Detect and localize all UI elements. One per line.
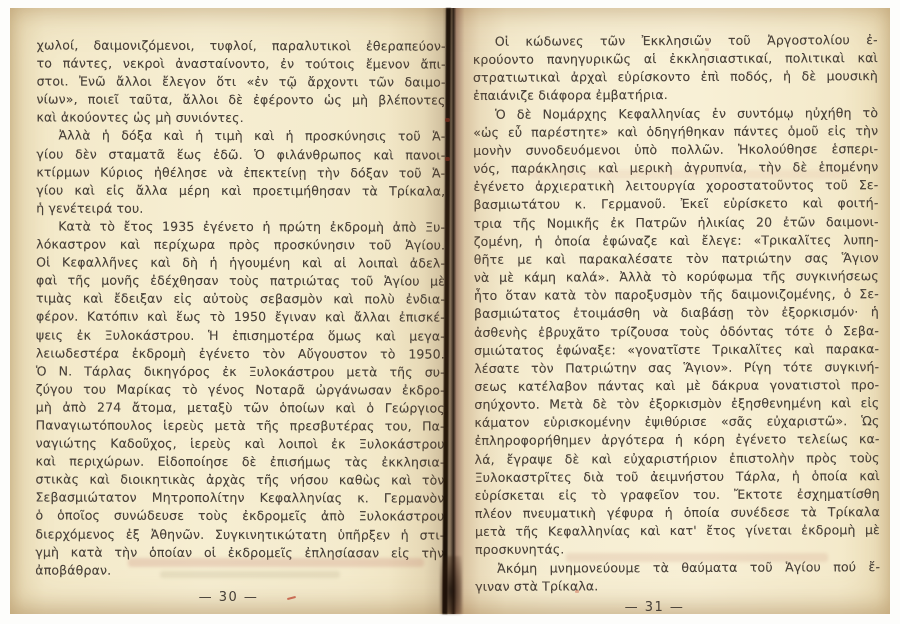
text-line: κρούοντο πανηγυρικῶς αἱ ἐκκλησιαστικαί, … <box>473 49 878 69</box>
ink-speck <box>705 48 709 51</box>
text-line: σμιώτατος ἐφώναξε: «γονατῖστε Τρικαλῖτες… <box>474 340 879 360</box>
text-line: ζύγου του Μαρίκας τὸ γένος Νοταρᾶ ὠργάνω… <box>36 380 445 399</box>
text-line: ἐπληροφορήθημεν ἀργότερα ἡ κόρη ἐγένετο … <box>475 431 880 451</box>
text-line: χωλοί, δαιμονιζόμενοι, τυφλοί, παραλυτικ… <box>37 36 446 55</box>
text-line: ἐγένετο ἀρχιερατικὴ λειτουργία χοροστατο… <box>473 176 878 196</box>
text-line: ἡ γενέτειρά του. <box>36 199 445 218</box>
right-page-text: Οἱ κώδωνες τῶν Ἐκκλησιῶν τοῦ Ἀργοστολίου… <box>473 31 880 596</box>
binding-bottom-shadow <box>440 556 462 614</box>
text-line: ἀσθενὴς ἐβρυχᾶτο τρίζουσα τοὺς ὀδόντας τ… <box>474 322 879 342</box>
text-line: Σεβασμιώτατον Μητροπολίτην Κεφαλληνίας κ… <box>35 489 444 508</box>
text-line: τιμὰς καὶ ἔδειξαν εἰς αὐτοὺς σεβασμὸν κα… <box>36 290 445 309</box>
text-line: κτίρμων Κύριος ἠθέλησε νὰ ἐπεκτείνῃ τὴν … <box>36 163 445 182</box>
text-line: ὁ ὁποῖος συνώδευσε τοὺς ἐκδρομεῖς ἀπὸ Ξυ… <box>35 507 444 526</box>
text-line: στρατιωτικαὶ ἀρχαὶ εὑρίσκοντο ἐπὶ ποδός,… <box>473 67 878 87</box>
bleedthrough-smudge <box>128 558 424 567</box>
text-line: Ξυλοκαστρῖτες διὰ τοῦ ἀειμνήστου Τάρλα, … <box>475 467 880 487</box>
book-spread: χωλοί, δαιμονιζόμενοι, τυφλοί, παραλυτικ… <box>10 8 890 614</box>
text-line: ψεις ἐκ Ξυλοκάστρου. Ἡ ἐπισημοτέρα ὅμως … <box>36 326 445 345</box>
text-line: νὰ μὲ κάμη καλά». Ἀλλὰ τὸ κορύφωμα τῆς σ… <box>474 267 879 287</box>
right-page-number: — 31 — <box>452 600 857 615</box>
ink-speck <box>575 590 579 593</box>
bleedthrough-smudge <box>160 571 340 578</box>
text-line: Παναγιωτόπουλος ἱερεὺς μετὰ τῆς πρεσβυτέ… <box>36 416 445 435</box>
text-line: Οἱ Κεφαλλῆνες καὶ δὴ ἡ ἡγουμένη καὶ αἱ λ… <box>36 254 445 273</box>
text-line: σεως κατέλαβον πάντας καὶ μὲ δάκρυα γονα… <box>474 376 879 396</box>
text-line: ζομένη, ἡ ὁποία ἐφώναζε καὶ ἔλεγε: «Τρικ… <box>474 231 879 251</box>
text-line: βασμιωτάτου κ. Γερμανοῦ. Ἐκεῖ εὑρίσκετο … <box>473 195 878 215</box>
text-line: φέρον. Κατόπιν καὶ ἕως τὸ 1950 ἔγιναν κα… <box>36 308 445 327</box>
text-line: στοι. Ἐνῶ ἄλλοι ἔλεγον ὅτι «ἐν τῷ ἄρχοντ… <box>37 73 446 92</box>
text-line: πλέον πνευματικὴ γέφυρα ἡ ὁποία συνέδεσε… <box>475 503 880 523</box>
bleedthrough-smudge <box>530 170 850 179</box>
binding-stitch-mark <box>445 157 450 161</box>
text-line: Ἀλλὰ ἡ δόξα καὶ ἡ τιμὴ καὶ ἡ προσκύνησις… <box>36 127 445 146</box>
text-line: Ὁ δὲ Νομάρχης Κεφαλληνίας ἐν συντόμῳ ηὐχ… <box>473 104 878 124</box>
text-line: λά, ἔγραψε δὲ καὶ εὐχαριστήριον ἐπιστολὴ… <box>475 449 880 469</box>
left-page-text: χωλοί, δαιμονιζόμενοι, τυφλοί, παραλυτικ… <box>35 36 445 580</box>
text-line: ναγιώτης Καδοῦχος, ἱερεὺς καὶ λοιποὶ ἐκ … <box>36 435 445 454</box>
text-line: στικὰς καὶ διοικητικὰς ἀρχὰς τῆς νήσου κ… <box>36 471 445 490</box>
bleedthrough-smudge <box>566 553 828 562</box>
text-line: φαὶ τῆς μονῆς ἐδέχθησαν τοὺς πατριώτας τ… <box>36 272 445 291</box>
text-line: «ὡς εὖ παρέστητε» καὶ ὁδηγήθηκαν πάντες … <box>473 122 878 142</box>
text-line: κάματον εὑρισκομένην ἐψιθύρισε «σᾶς εὐχα… <box>474 412 879 432</box>
text-line: νίων», ποιεῖ ταῦτα, ἄλλοι δὲ ἐφέροντο ὡς… <box>37 91 446 110</box>
text-line: ἐπαιάνιζε διάφορα ἐμβατήρια. <box>473 86 878 106</box>
text-line: γίου καὶ εἰς ἄλλα μέρη καὶ προετιμήθησαν… <box>36 181 445 200</box>
text-line: μὴ ἀπὸ 274 ἄτομα, μεταξὺ τῶν ὁποίων καὶ … <box>36 398 445 417</box>
text-line: σηύχοντο. Μετὰ δὲ τὸν ἐξορκισμὸν ἐξησθεν… <box>474 394 879 414</box>
text-line: τρια τῆς Νομικῆς ἐκ Πατρῶν ἡλικίας 20 ἐτ… <box>474 213 879 233</box>
text-line: γίου δὲν σταματᾶ ἕως ἐδῶ. Ὁ φιλάνθρωπος … <box>36 145 445 164</box>
text-line: διερχόμενος ἐξ Ἀθηνῶν. Συγκινητικώτατη ὑ… <box>35 525 444 544</box>
binding-stitch-mark <box>445 118 450 122</box>
text-line: Κατὰ τὸ ἔτος 1935 ἐγένετο ἡ πρώτη ἐκδρομ… <box>36 217 445 236</box>
text-line: ἦτο ὅταν κατὰ τὸν παροξυσμὸν τῆς δαιμονι… <box>474 285 879 305</box>
text-line: γιναν στὰ Τρίκαλα. <box>475 576 880 596</box>
text-line: εὑρίσκεται εἰς τὸ γραφεῖον του. Ἔκτοτε ἐ… <box>475 485 880 505</box>
text-line: καὶ ἀκούοντες ὡς μὴ συνιόντες. <box>36 109 445 128</box>
text-line: λέσατε τὸν Πατριώτην σας Ἅγιον». Ρίγη τό… <box>474 358 879 378</box>
text-line: μετὰ τῆς Κεφαλληνίας καὶ κατ' ἔτος γίνετ… <box>475 521 880 541</box>
text-line: το πάντες, νεκροὶ ἀνασταίνοντο, ἐν τούτο… <box>37 55 446 74</box>
text-line: λειωδεστέρα ἐκδρομὴ ἐγένετο τὸν Αὔγουστο… <box>36 344 445 363</box>
text-line: Οἱ κώδωνες τῶν Ἐκκλησιῶν τοῦ Ἀργοστολίου… <box>473 31 878 51</box>
text-line: Ὁ Ν. Τάρλας δικηγόρος ἐκ Ξυλοκάστρου μετ… <box>36 362 445 381</box>
text-line: θῆτε με καὶ παρακαλέσατε τὸν πατριώτην σ… <box>474 249 879 269</box>
text-line: καὶ περιχώρων. Εἰδοποίησε δὲ ἐπισήμως τὰ… <box>36 453 445 472</box>
text-line: μονὴν συνοδευόμενοι ὑπὸ πολλῶν. Ἠκολούθη… <box>473 140 878 160</box>
text-line: βασμιώτατος ἐτοιμάσθη νὰ διαβάσῃ τὸν ἐξο… <box>474 303 879 323</box>
text-line: λόκαστρον καὶ περίχωρα πρὸς προσκύνησιν … <box>36 235 445 254</box>
left-page-number: — 30 — <box>24 590 433 605</box>
